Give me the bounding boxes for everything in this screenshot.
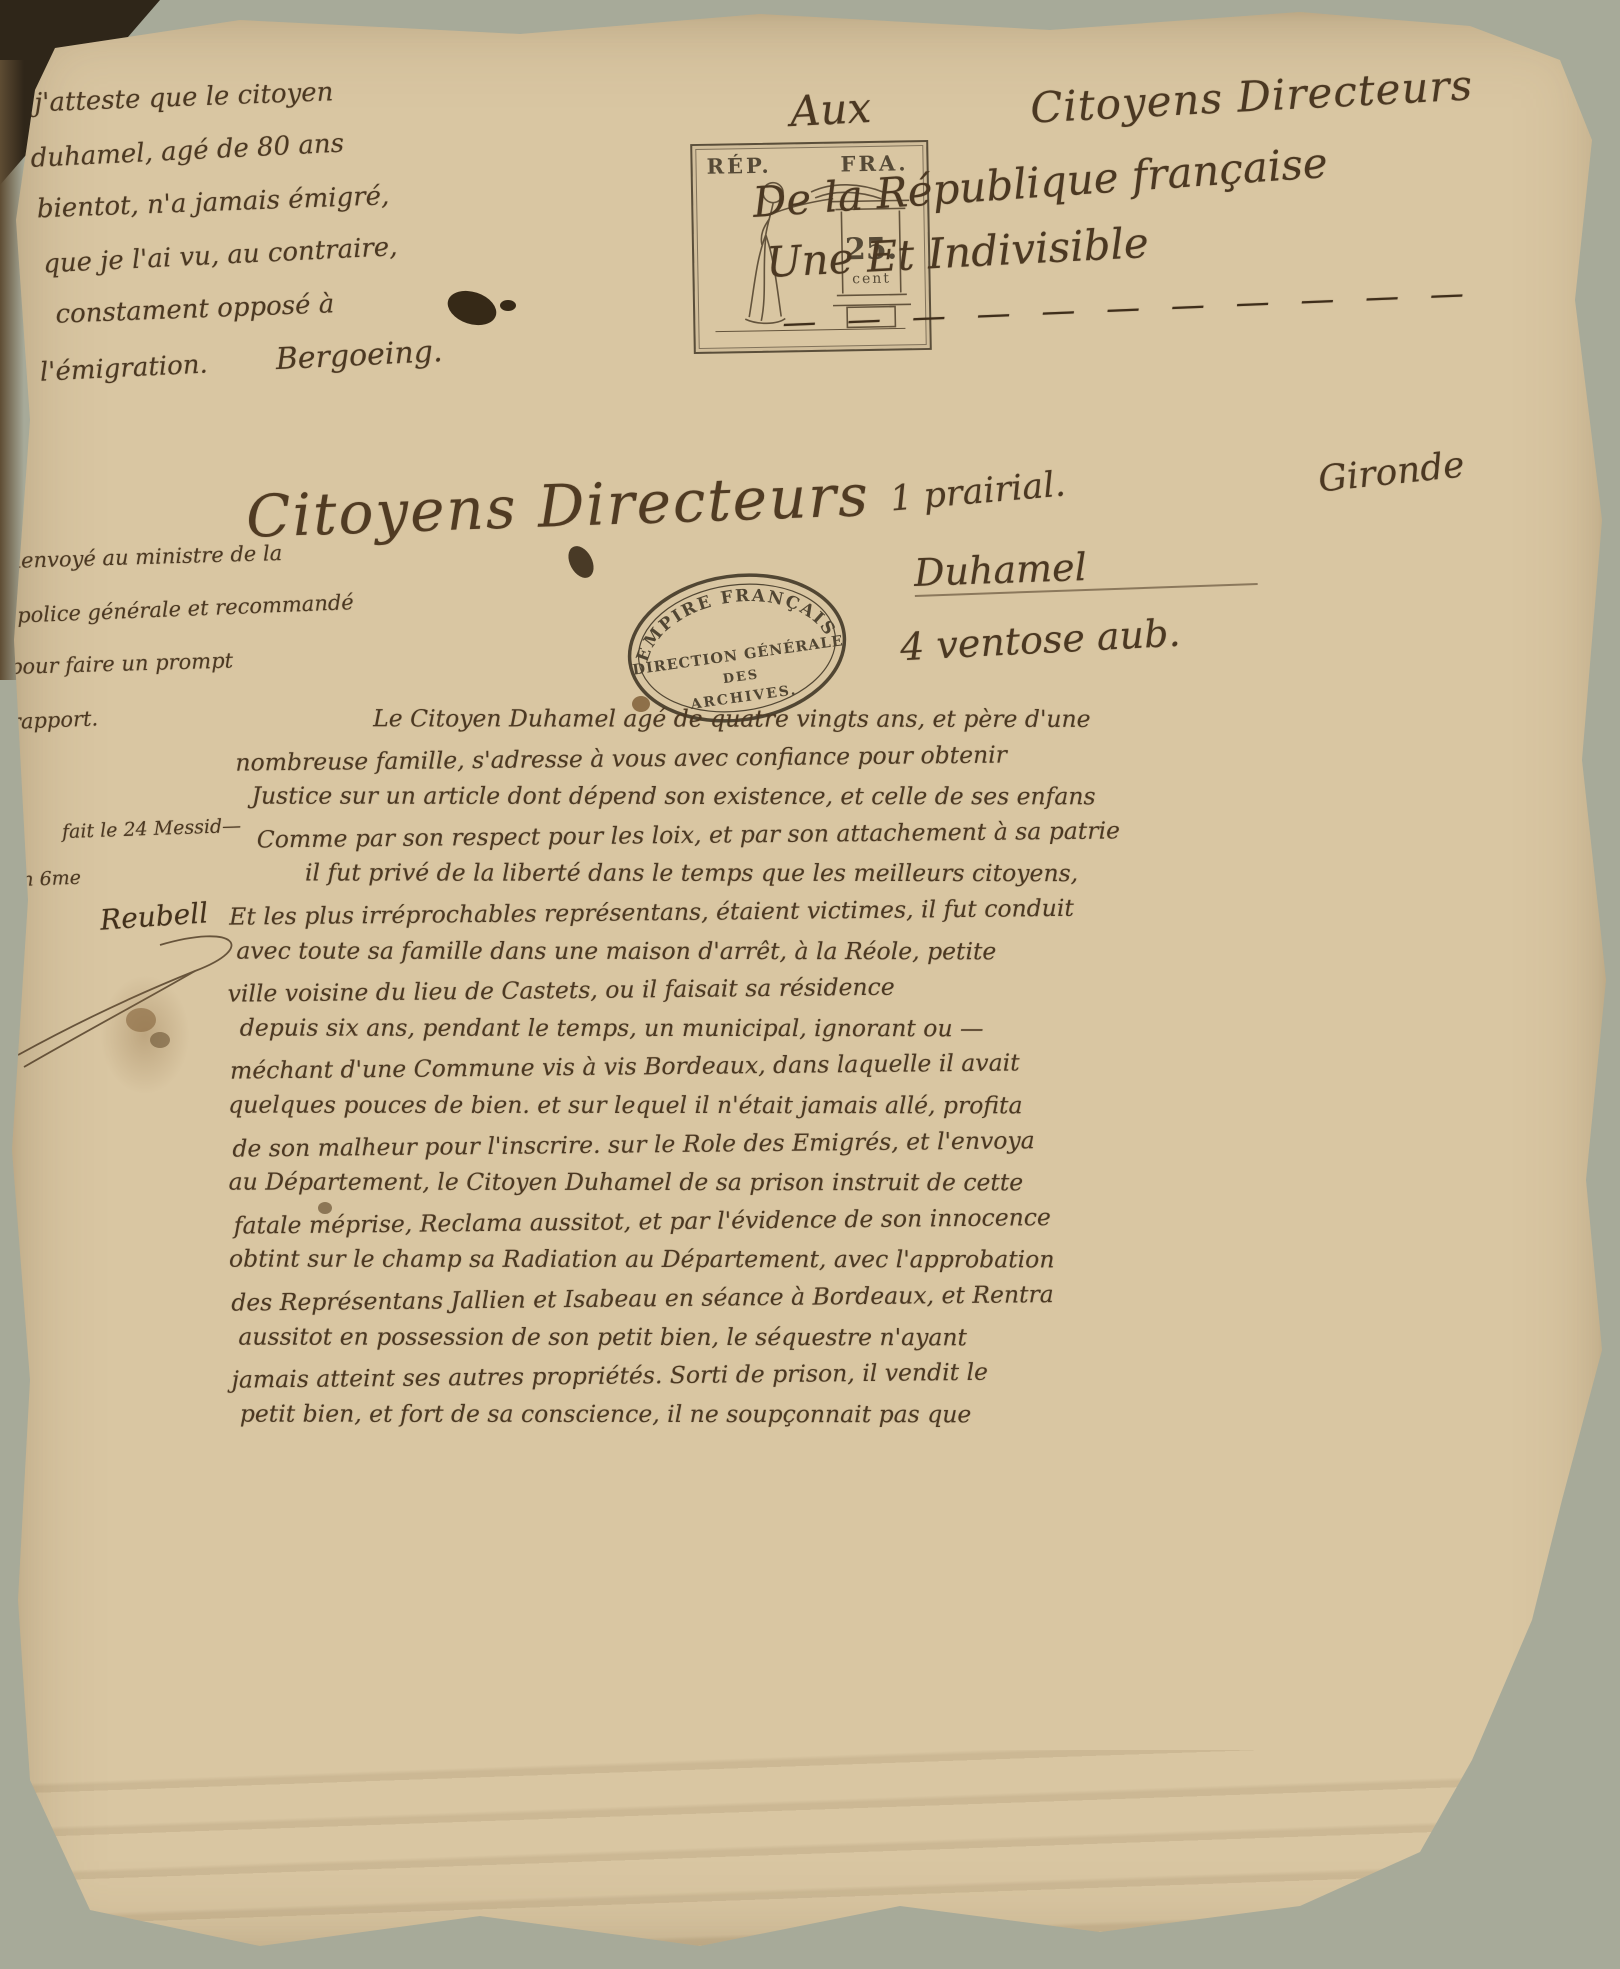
docket-name: Duhamel bbox=[913, 539, 1257, 597]
body-line: méchant d'une Commune vis à vis Bordeaux… bbox=[230, 1043, 1122, 1091]
attestation-line-text: l'émigration. bbox=[39, 350, 208, 388]
paper-stain bbox=[150, 1032, 170, 1048]
paper-stain bbox=[318, 1202, 332, 1214]
ink-blot bbox=[500, 300, 516, 311]
body-line: obtint sur le champ sa Radiation au Dépa… bbox=[229, 1240, 1122, 1279]
body-line: au Département, le Citoyen Duhamel de sa… bbox=[229, 1163, 1122, 1202]
attestation-note: j'atteste que le citoyen duhamel, agé de… bbox=[27, 61, 443, 398]
paper-sheet: j'atteste que le citoyen duhamel, agé de… bbox=[0, 0, 1620, 1969]
body-line: ville voisine du lieu de Castets, ou il … bbox=[227, 965, 1121, 1013]
body-line: des Représentans Jallien et Isabeau en s… bbox=[231, 1274, 1123, 1322]
margin-note-date-year: an 6me bbox=[10, 867, 82, 891]
bottom-wrinkle-shading bbox=[0, 1750, 1620, 1969]
stamp-label-rep: RÉP. bbox=[706, 153, 772, 179]
ink-blot bbox=[563, 542, 598, 582]
ink-blot bbox=[443, 285, 500, 331]
body-line: de son malheur pour l'inscrire. sur le R… bbox=[232, 1120, 1122, 1168]
body-line: Le Citoyen Duhamel agé de quatre vingts … bbox=[373, 699, 1119, 738]
archive-stamp-line3: DES bbox=[722, 667, 760, 687]
body-line: Justice sur un article dont dépend son e… bbox=[252, 777, 1120, 816]
margin-note-date: fait le 24 Messid— bbox=[62, 815, 242, 843]
docket-note: 4 ventose aub. bbox=[899, 611, 1181, 670]
address-aux: Aux bbox=[789, 83, 873, 136]
body-line: depuis six ans, pendant le temps, un mun… bbox=[240, 1008, 1121, 1047]
body-line: Et les plus irréprochables représentans,… bbox=[229, 888, 1121, 936]
body-line: fatale méprise, Reclama aussitot, et par… bbox=[234, 1197, 1123, 1245]
body-line: Comme par son respect pour les loix, et … bbox=[257, 811, 1121, 859]
body-line: jamais atteint ses autres propriétés. So… bbox=[231, 1351, 1123, 1399]
body-line: petit bien, et fort de sa conscience, il… bbox=[240, 1394, 1123, 1433]
body-line: aussitot en possession de son petit bien… bbox=[238, 1317, 1122, 1356]
attestation-signature: Bergoeing. bbox=[275, 334, 443, 377]
docket-department: Gironde bbox=[1316, 444, 1466, 500]
body-line: quelques pouces de bien. et sur lequel i… bbox=[228, 1086, 1121, 1125]
paper-stain bbox=[126, 1008, 156, 1032]
body-line: avec toute sa famille dans une maison d'… bbox=[236, 931, 1120, 970]
address-recipient: Citoyens Directeurs bbox=[1029, 60, 1474, 132]
body-line: il fut privé de la liberté dans le temps… bbox=[305, 854, 1120, 893]
paper-stain bbox=[632, 696, 650, 712]
body-line: nombreuse famille, s'adresse à vous avec… bbox=[235, 734, 1120, 782]
paper-stain bbox=[100, 975, 190, 1095]
docket-date: 1 prairial. bbox=[889, 464, 1068, 519]
body-text: Le Citoyen Duhamel agé de quatre vingts … bbox=[226, 698, 1123, 1436]
photo-background: j'atteste que le citoyen duhamel, agé de… bbox=[0, 0, 1620, 1969]
